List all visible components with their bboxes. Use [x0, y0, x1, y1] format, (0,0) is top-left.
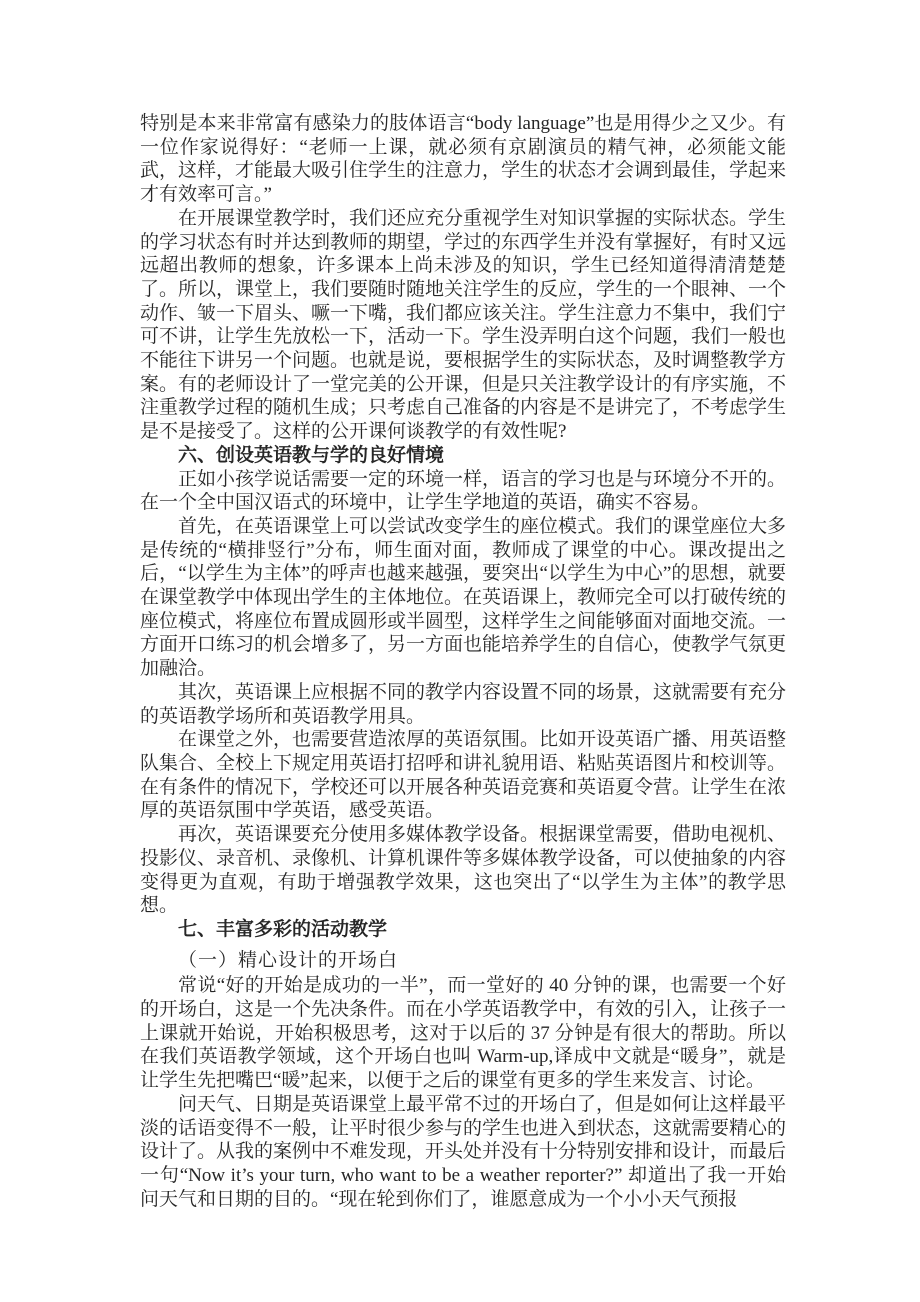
paragraph-teaching-scenes: 其次，英语课上应根据不同的教学内容设置不同的场景，这就需要有充分的英语教学场所和… [140, 681, 786, 728]
paragraph-warm-up: 常说“好的开始是成功的一半”，而一堂好的 40 分钟的课，也需要一个好的开场白，… [140, 974, 786, 1093]
paragraph-weather-reporter: 问天气、日期是英语课堂上最平常不过的开场白了，但是如何让这样最平淡的话语变得不一… [140, 1093, 786, 1212]
paragraph-body-language-continuation: 特别是本来非常富有感染力的肢体语言“body language”也是用得少之又少… [140, 112, 786, 207]
section-heading-7-activity-teaching: 七、丰富多彩的活动教学 [140, 918, 786, 942]
paragraph-language-environment: 正如小孩学说话需要一定的环境一样，语言的学习也是与环境分不开的。在一个全中国汉语… [140, 468, 786, 515]
paragraph-multimedia-equipment: 再次，英语课要充分使用多媒体教学设备。根据课堂需要，借助电视机、投影仪、录音机、… [140, 823, 786, 918]
document-page: 特别是本来非常富有感染力的肢体语言“body language”也是用得少之又少… [0, 0, 920, 1302]
subheading-1-opening-remarks: （一）精心设计的开场白 [140, 949, 786, 973]
paragraph-english-atmosphere: 在课堂之外，也需要营造浓厚的英语氛围。比如开设英语广播、用英语整队集合、全校上下… [140, 728, 786, 823]
section-heading-6-english-learning-environment: 六、创设英语教与学的良好情境 [140, 444, 786, 468]
document-text-area: 特别是本来非常富有感染力的肢体语言“body language”也是用得少之又少… [140, 112, 786, 1211]
paragraph-seating-arrangement: 首先，在英语课堂上可以尝试改变学生的座位模式。我们的课堂座位大多是传统的“横排竖… [140, 515, 786, 681]
paragraph-student-knowledge-state: 在开展课堂教学时，我们还应充分重视学生对知识掌握的实际状态。学生的学习状态有时并… [140, 207, 786, 444]
